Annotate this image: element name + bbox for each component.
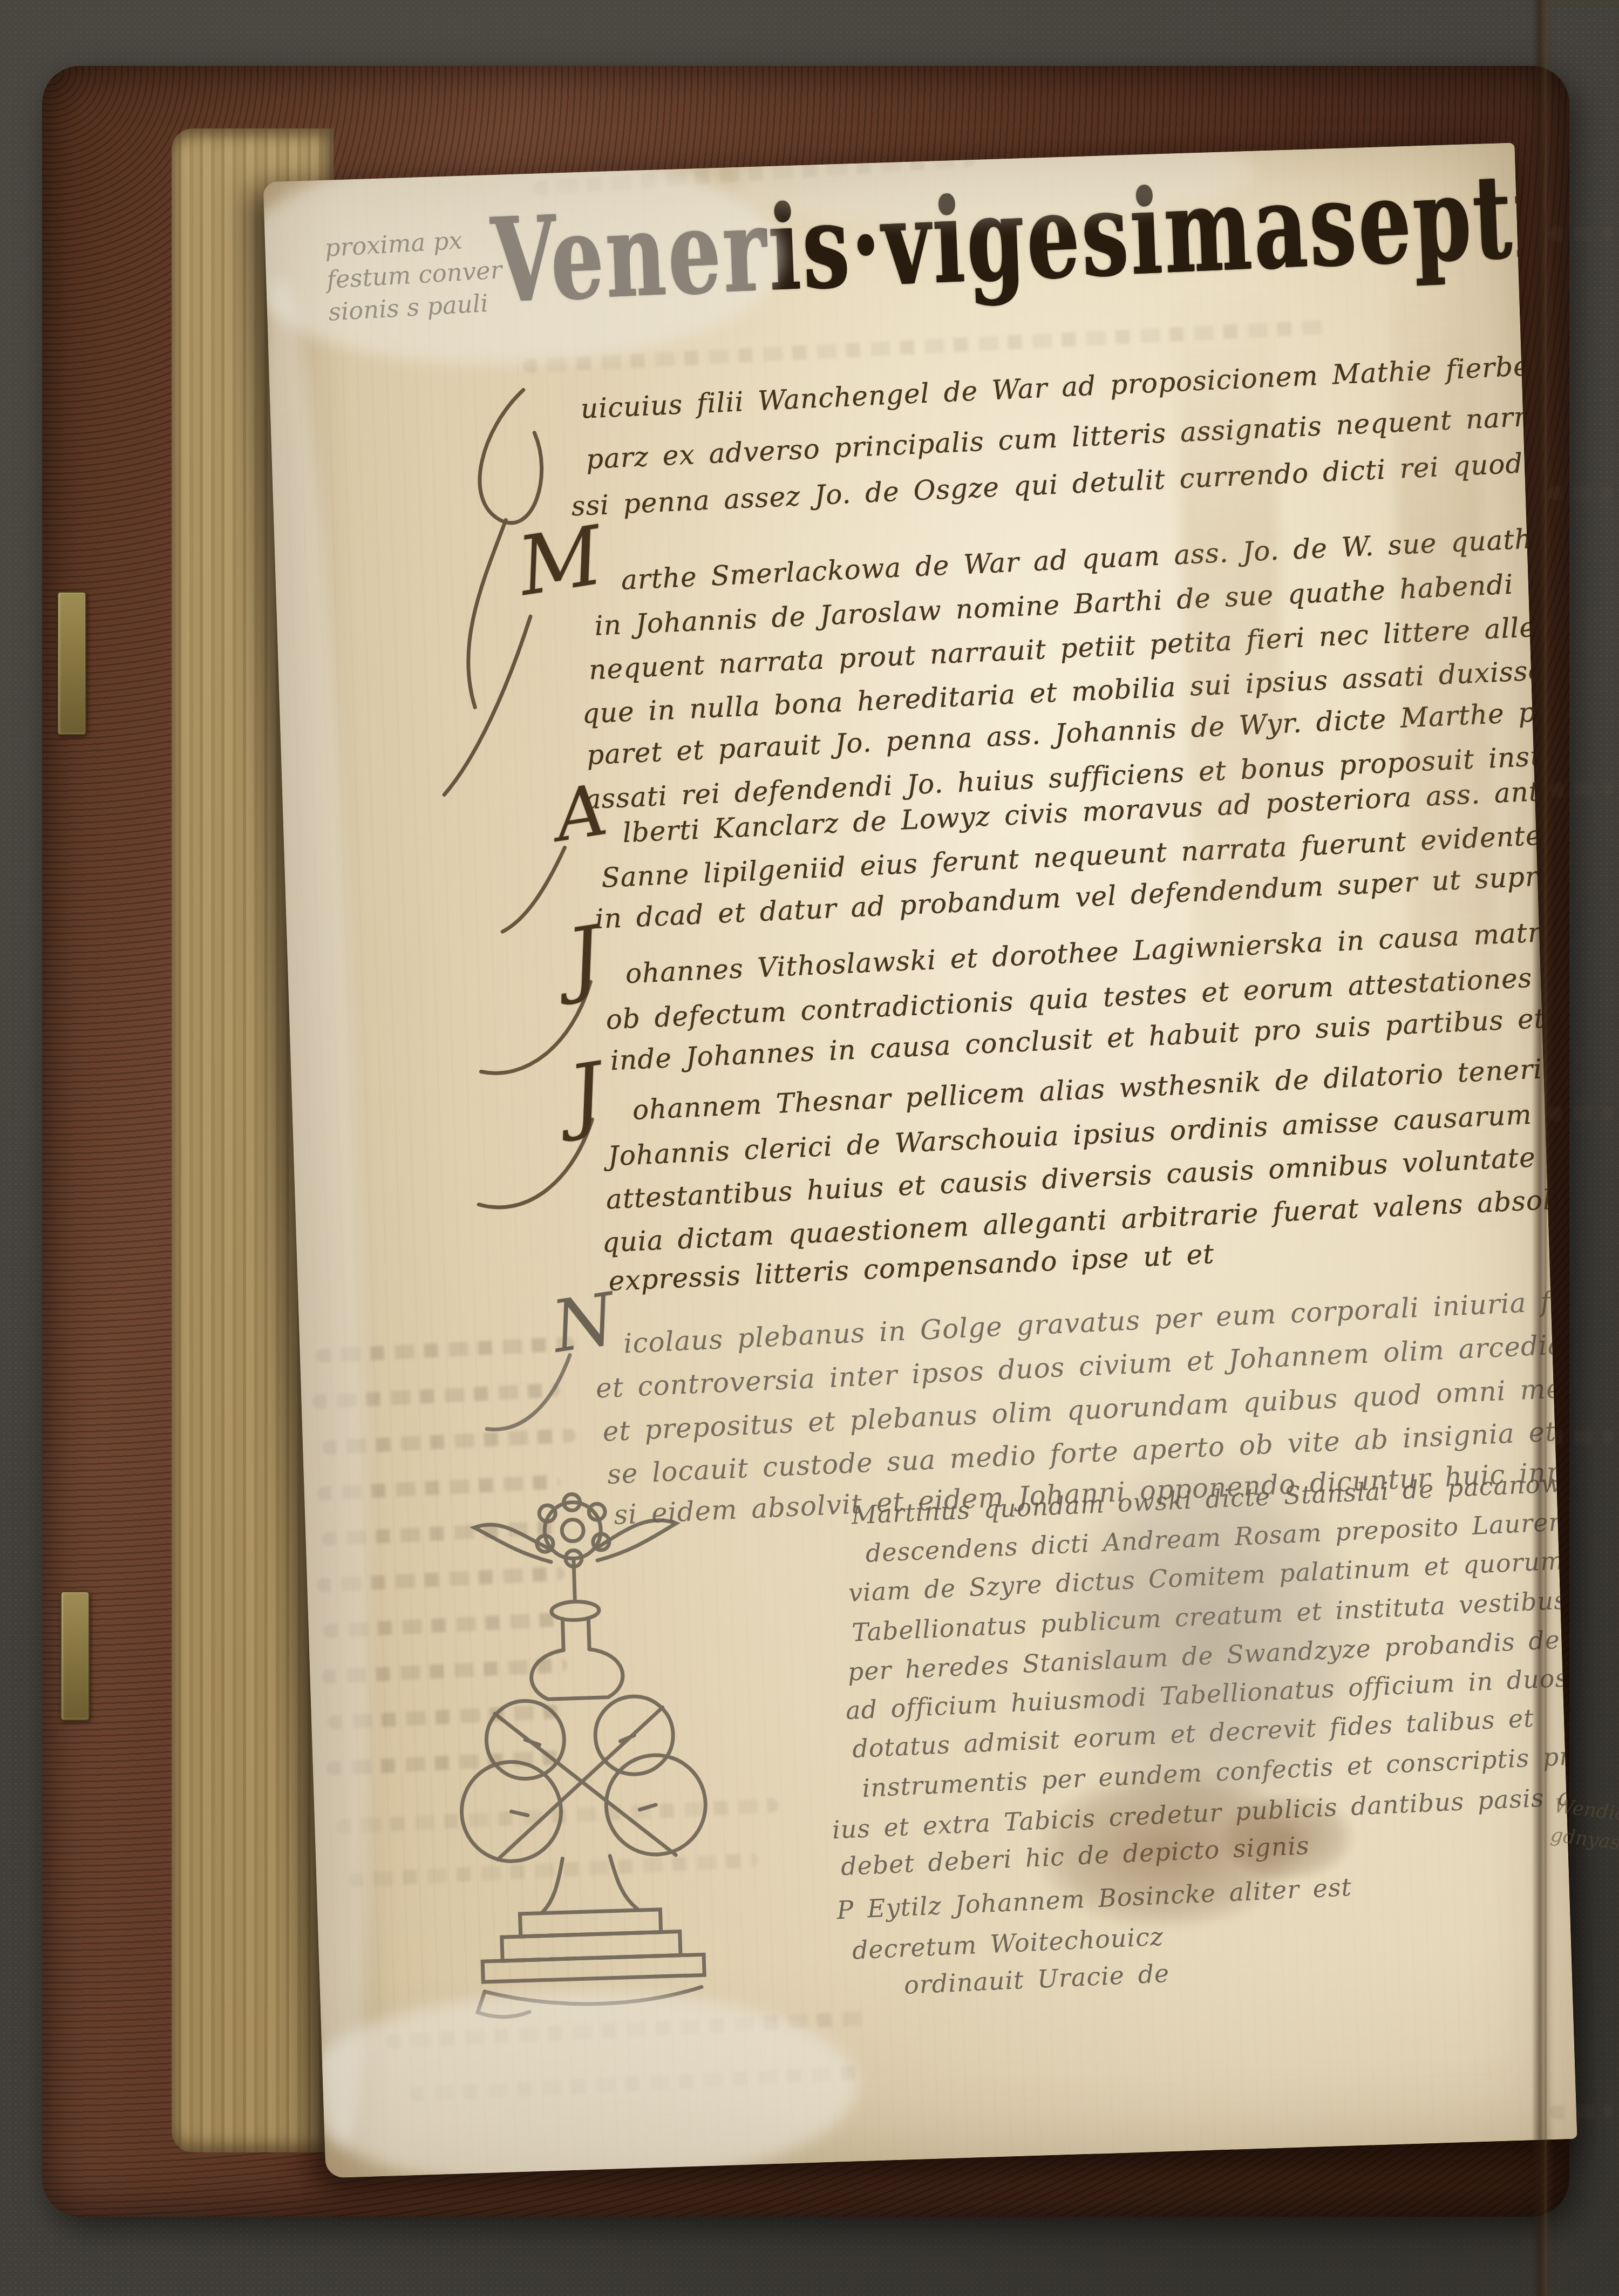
pedestal-flower-sketch <box>437 1480 734 2028</box>
repair-tissue <box>304 1983 860 2178</box>
brass-clasp-lower <box>60 1591 90 1721</box>
manuscript-photo: { "colors":{ "background":"#45423c","lea… <box>0 0 1619 2296</box>
bleedthrough-line <box>1548 485 1614 500</box>
bleedthrough-line <box>1550 2104 1614 2120</box>
facing-page-note: Wendiche gdnyas <box>1549 1792 1619 1862</box>
flourished-initial: J <box>565 1059 607 1129</box>
flourished-initial: A <box>552 782 610 845</box>
signature-line: ordinauit Uracie de <box>903 1961 1170 1998</box>
bleedthrough-line <box>1548 1106 1615 1121</box>
facing-page-edge <box>1545 0 1619 2296</box>
bleedthrough-line <box>1549 226 1614 241</box>
bleedthrough-line <box>1550 782 1614 797</box>
manuscript-page: proxima px festum conver sionis s pauli … <box>263 142 1577 2178</box>
flourished-initial: M <box>515 523 607 600</box>
bleedthrough-line <box>1549 1430 1614 1445</box>
brass-clasp-upper <box>57 592 86 735</box>
